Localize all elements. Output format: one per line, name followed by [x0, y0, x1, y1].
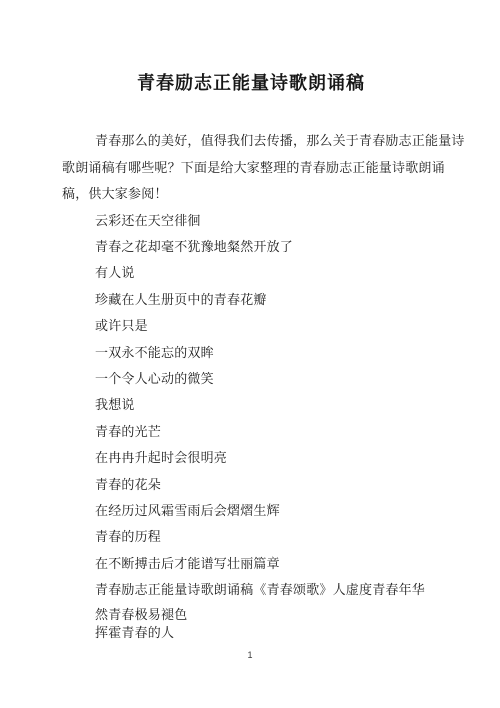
closing-line: 挥霍青春的人 — [95, 624, 440, 643]
poem-line: 青春的历程 — [95, 524, 440, 550]
page-number: 1 — [0, 650, 500, 660]
poem-line: 或许只是 — [95, 313, 440, 339]
poem-line: 在不断搏击后才能谱写壮丽篇章 — [95, 551, 440, 577]
intro-line: 稿，供大家参阅！ — [62, 181, 440, 208]
document-page: 青春励志正能量诗歌朗诵稿 青春那么的美好，值得我们去传播，那么关于青春励志正能量… — [0, 0, 500, 708]
poem-line: 一双永不能忘的双眸 — [95, 340, 440, 366]
page-title: 青春励志正能量诗歌朗诵稿 — [62, 70, 440, 96]
intro-line: 歌朗诵稿有哪些呢？下面是给大家整理的青春励志正能量诗歌朗诵 — [62, 155, 440, 182]
poem-line: 青春励志正能量诗歌朗诵稿《青春颂歌》人虚度青春年华 — [95, 577, 440, 603]
closing-lines: 然青春极易褪色 挥霍青春的人 — [62, 606, 440, 643]
poem-line: 云彩还在天空徘徊 — [95, 208, 440, 234]
poem-line: 一个令人心动的微笑 — [95, 366, 440, 392]
poem-line: 在冉冉升起时会很明亮 — [95, 445, 440, 471]
document-content: 青春励志正能量诗歌朗诵稿 青春那么的美好，值得我们去传播，那么关于青春励志正能量… — [0, 0, 500, 643]
intro-paragraph: 青春那么的美好，值得我们去传播，那么关于青春励志正能量诗 歌朗诵稿有哪些呢？下面… — [62, 128, 440, 208]
poem-line: 在经历过风霜雪雨后会熠熠生辉 — [95, 498, 440, 524]
poem-line: 青春的光芒 — [95, 419, 440, 445]
intro-line: 青春那么的美好，值得我们去传播，那么关于青春励志正能量诗 — [62, 128, 440, 155]
poem-body: 云彩还在天空徘徊 青春之花却毫不犹豫地粲然开放了 有人说 珍藏在人生册页中的青春… — [62, 208, 440, 604]
poem-line: 青春之花却毫不犹豫地粲然开放了 — [95, 234, 440, 260]
closing-line: 然青春极易褪色 — [95, 606, 440, 625]
poem-line: 珍藏在人生册页中的青春花瓣 — [95, 287, 440, 313]
poem-line: 青春的花朵 — [95, 472, 440, 498]
poem-line: 有人说 — [95, 260, 440, 286]
poem-line: 我想说 — [95, 392, 440, 418]
